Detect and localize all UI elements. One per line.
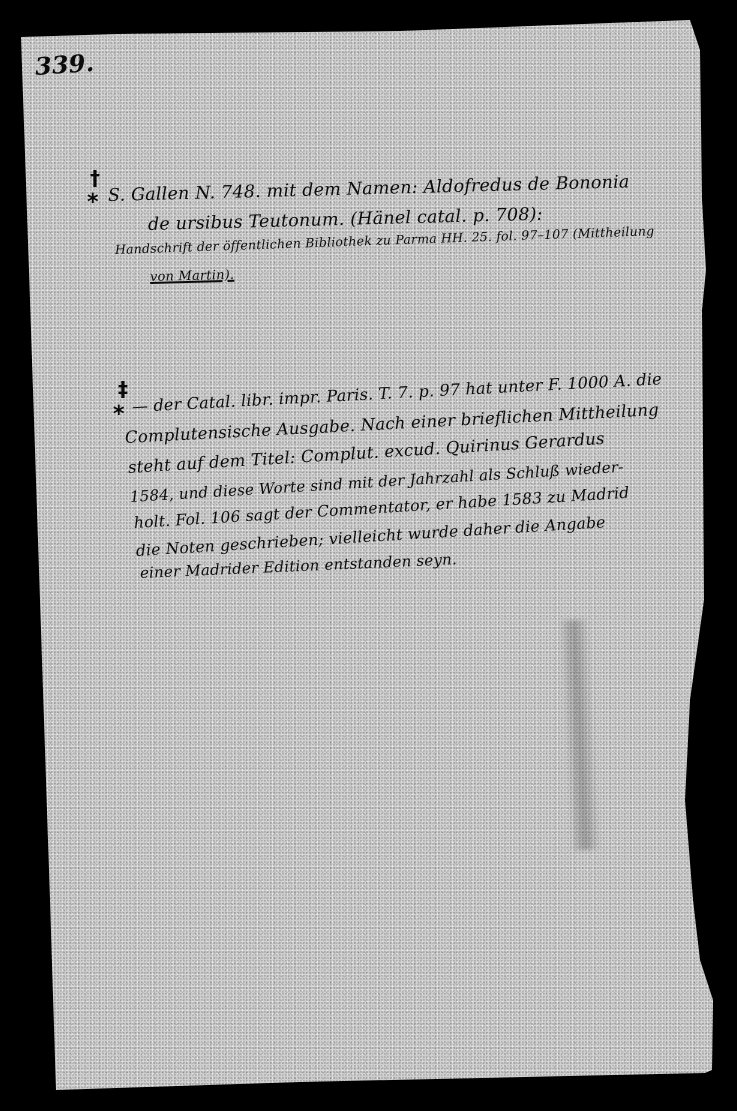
- scanned-manuscript-page: 339. † * S. Gallen N. 748. mit dem Namen…: [0, 0, 737, 1111]
- asterisk-mark-icon: *: [87, 190, 99, 215]
- page-number: 339.: [34, 48, 95, 81]
- dagger-mark-icon: †: [90, 166, 100, 190]
- entry-1-line-4: von Martin).: [150, 268, 235, 285]
- asterisk-mark-icon: *: [113, 402, 125, 427]
- double-dagger-mark-icon: ‡: [118, 377, 128, 401]
